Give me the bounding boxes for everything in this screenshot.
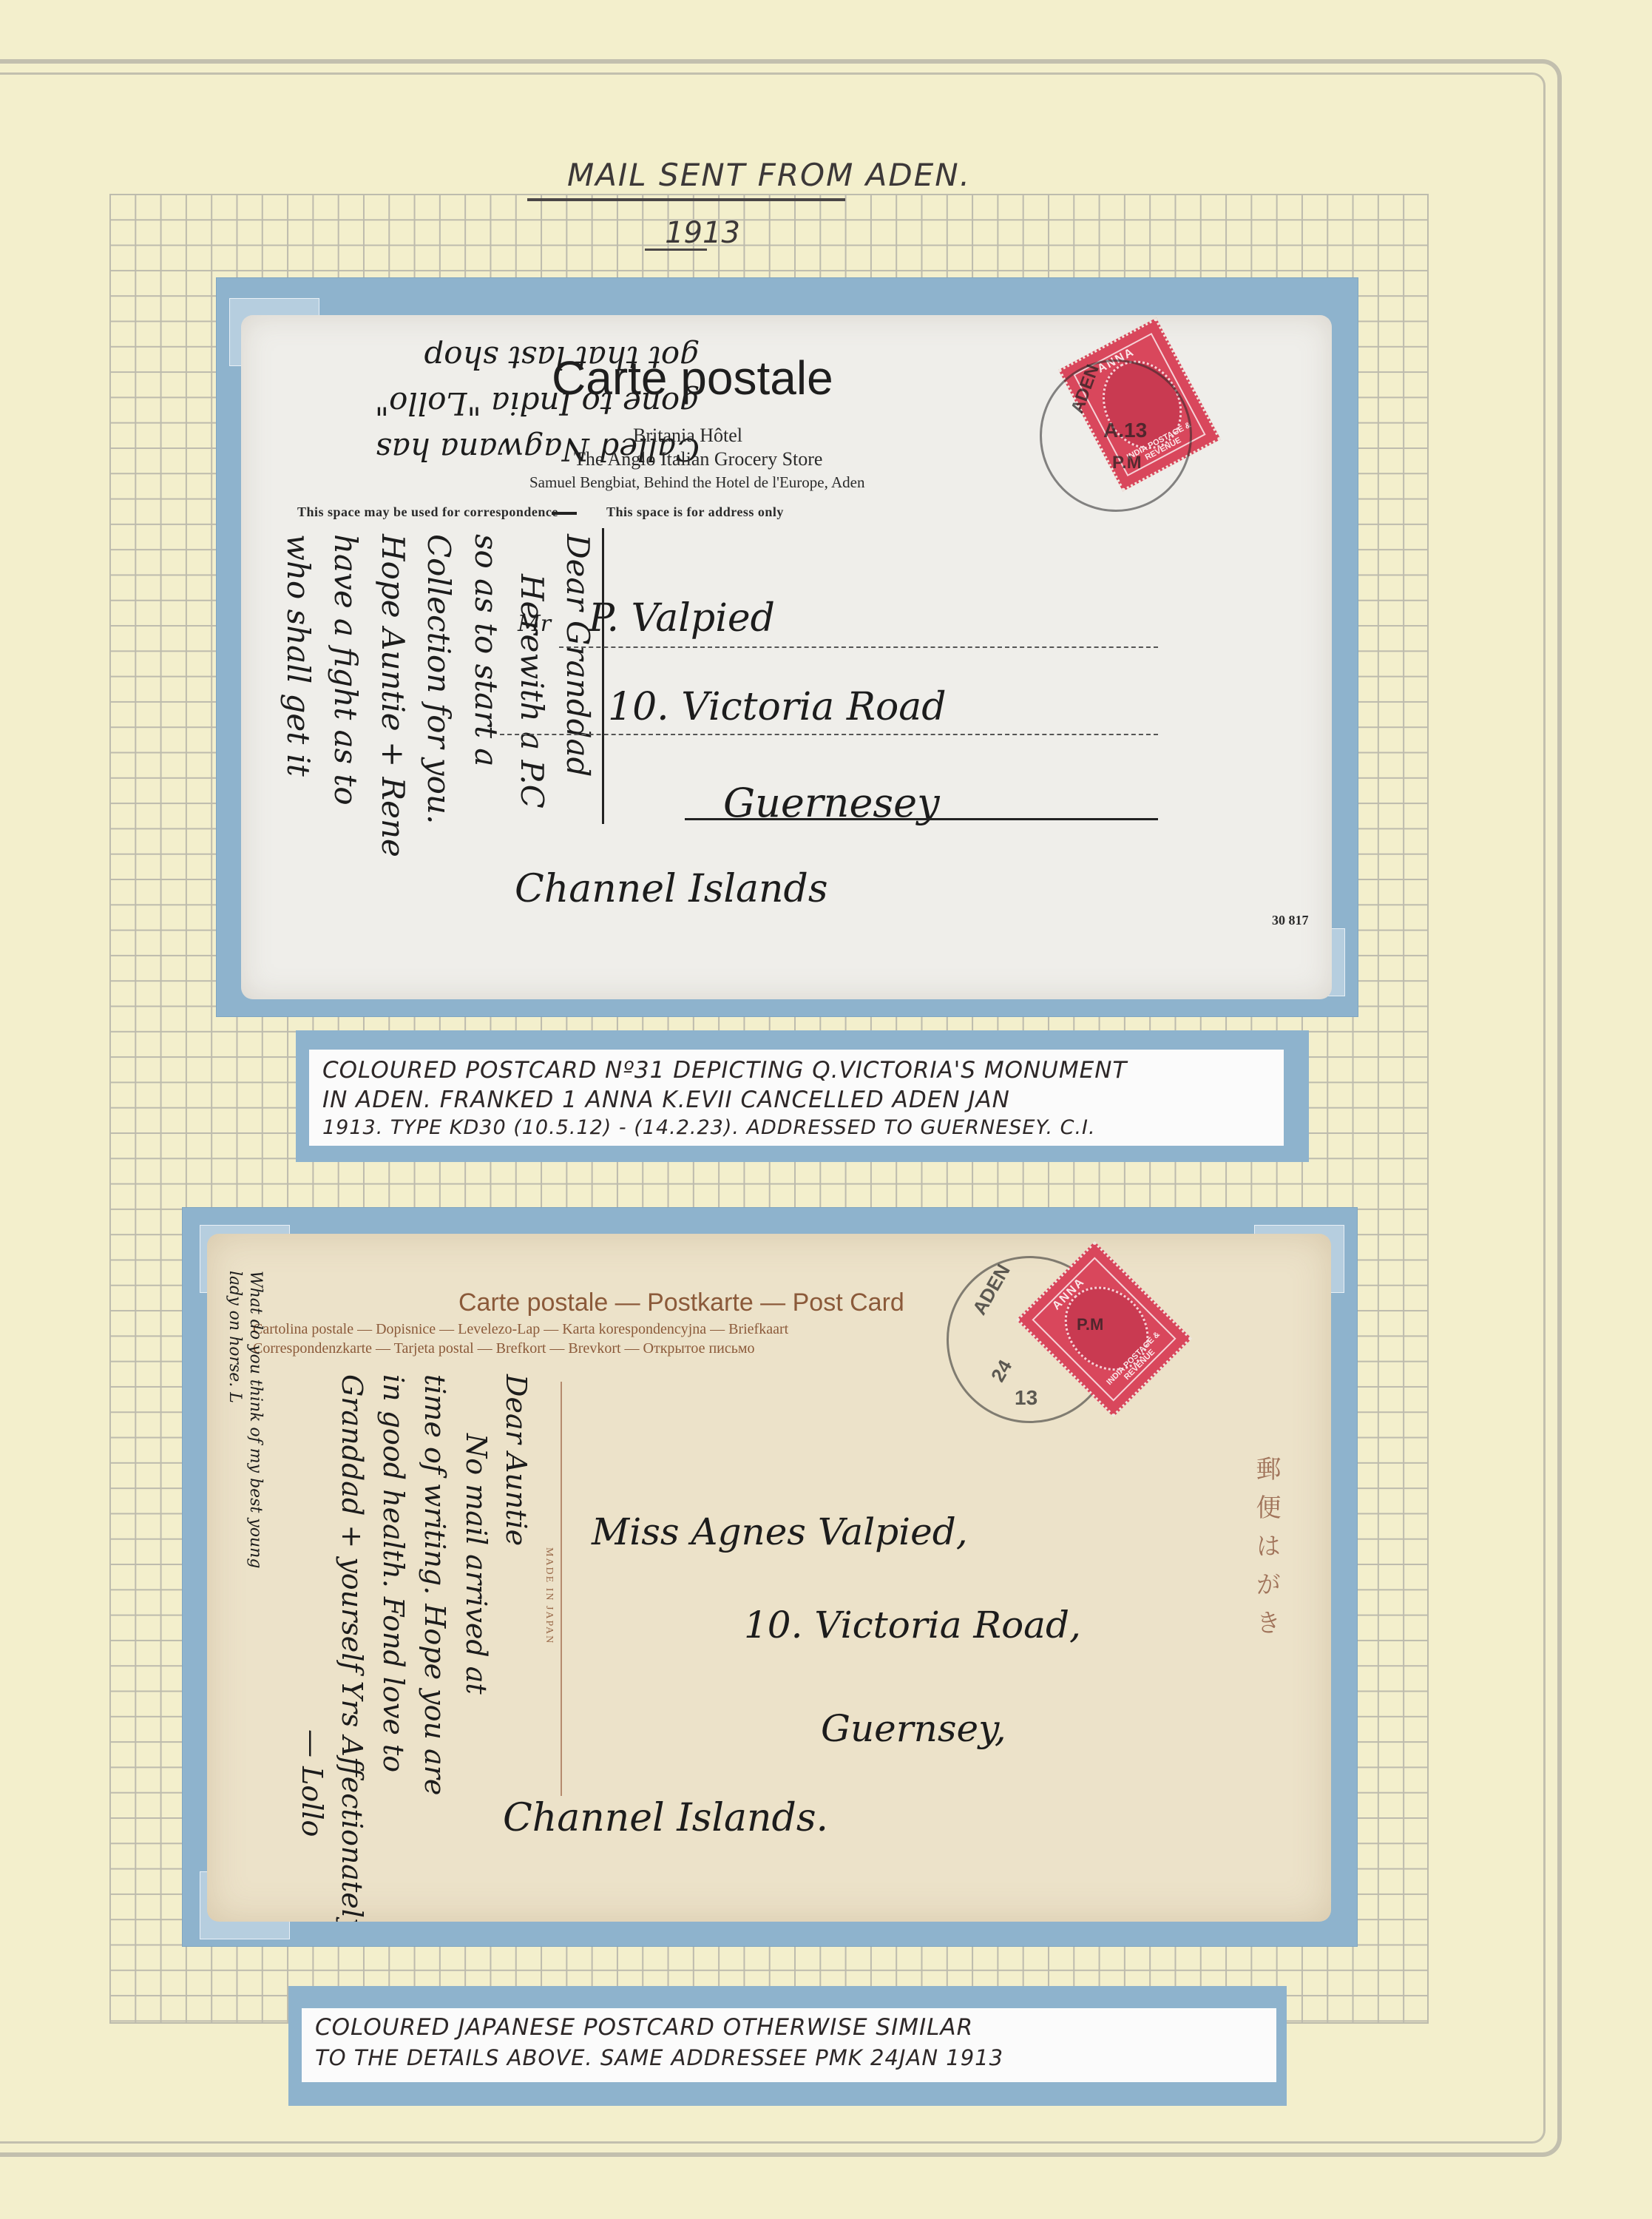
page-year: 1913 — [636, 216, 769, 250]
address-town: Guernsey, — [821, 1707, 1006, 1750]
caption-label-1: COLOURED POSTCARD Nº31 DEPICTING Q.VICTO… — [296, 1030, 1309, 1162]
address-label: This space is for address only — [606, 504, 784, 520]
address-region: Channel Islands — [515, 867, 828, 911]
imprint-line: The Anglo Italian Grocery Store — [574, 448, 822, 470]
page-title: MAIL SENT FROM ADEN. — [518, 157, 1020, 193]
postcard-japanese[interactable]: Carte postale — Postkarte — Post Card Ca… — [207, 1234, 1331, 1922]
divider-dash — [552, 512, 577, 515]
address-name: P. Valpied — [589, 596, 775, 641]
address-rule — [500, 734, 1158, 735]
card-number: 30 817 — [1272, 913, 1309, 928]
correspondence-label: This space may be used for correspondenc… — [297, 504, 558, 520]
card-header: Carte postale — [552, 351, 833, 405]
address-rule — [685, 818, 1158, 820]
address-name: Miss Agnes Valpied, — [592, 1510, 968, 1553]
japanese-postcard-label: 郵便はがき — [1248, 1456, 1284, 1648]
title-underline — [527, 198, 845, 201]
address-street: 10. Victoria Road — [608, 685, 947, 729]
year-underline — [645, 249, 707, 251]
address-prefix: Mr — [518, 611, 551, 637]
address-rule — [559, 646, 1158, 648]
address-region: Channel Islands. — [503, 1796, 828, 1840]
address-street: 10. Victoria Road, — [744, 1604, 1081, 1646]
caption-label-2: COLOURED JAPANESE POSTCARD OTHERWISE SIM… — [288, 1986, 1287, 2106]
postcard-aden-britania[interactable]: Called Nagwana has gone to India "Lollo"… — [241, 315, 1332, 999]
imprint-line: Samuel Bengbiat, Behind the Hotel de l'E… — [529, 473, 864, 492]
imprint-line: Britania Hôtel — [633, 425, 742, 447]
